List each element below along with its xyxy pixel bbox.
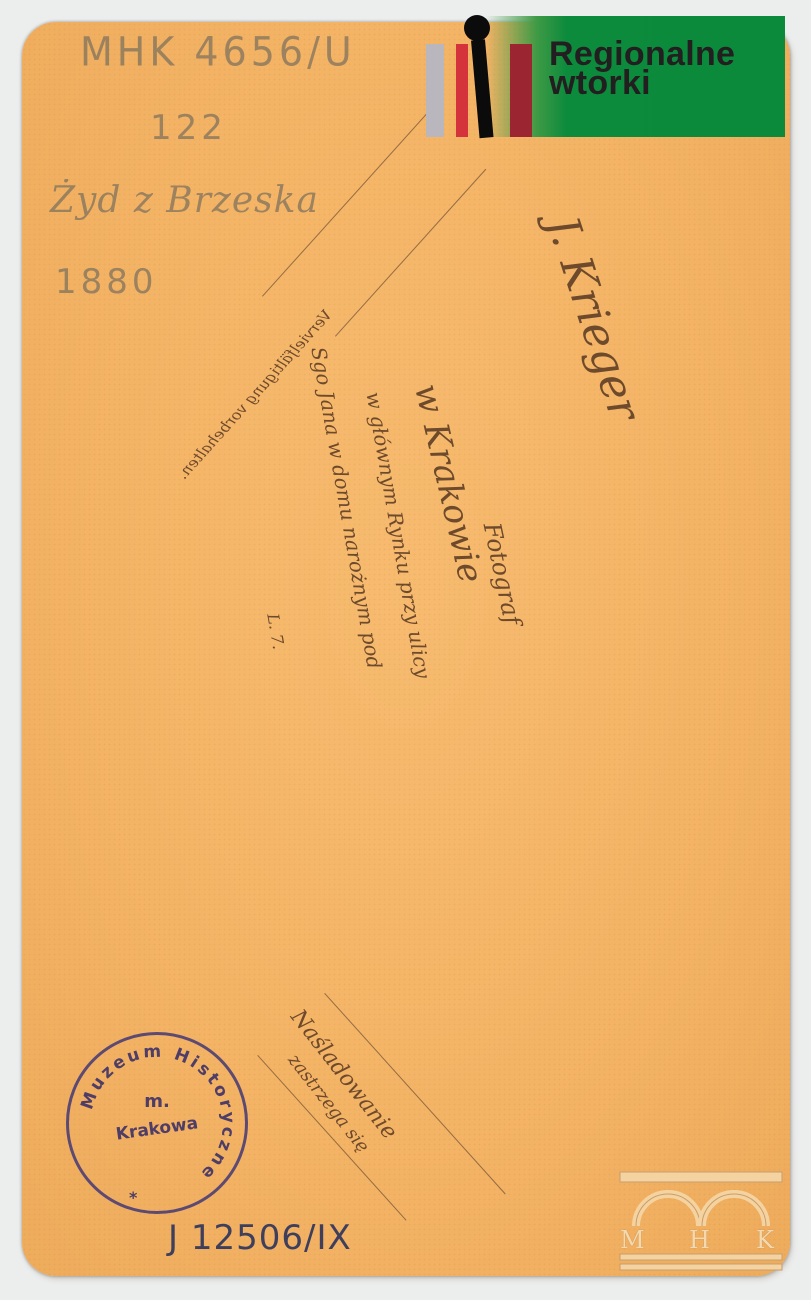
catalog-number: 122 (150, 108, 227, 148)
logo-bar-grey (426, 44, 444, 137)
stamp-center-line1: m. (69, 1091, 245, 1112)
logo-bar-red (456, 44, 468, 137)
museum-stamp: Muzeum Historyczne * m. Krakowa (66, 1032, 248, 1214)
logo-bar-dark-red (510, 44, 532, 137)
watermark-letter: H (689, 1226, 710, 1254)
accession-number: MHK 4656/U (80, 29, 356, 75)
logo-i-dot-icon (464, 15, 490, 41)
watermark-letter: M (620, 1226, 645, 1254)
subject-note: Żyd z Brzeska (50, 180, 319, 221)
mhk-watermark-icon (616, 1168, 786, 1276)
year-note: 1880 (55, 262, 158, 302)
svg-text:*: * (129, 1188, 138, 1207)
watermark-letter: K (756, 1226, 774, 1254)
banner-title-line2: wtorki (549, 69, 735, 98)
inventory-number: J 12506/IX (168, 1218, 352, 1258)
banner-title: Regionalne wtorki (549, 40, 735, 98)
